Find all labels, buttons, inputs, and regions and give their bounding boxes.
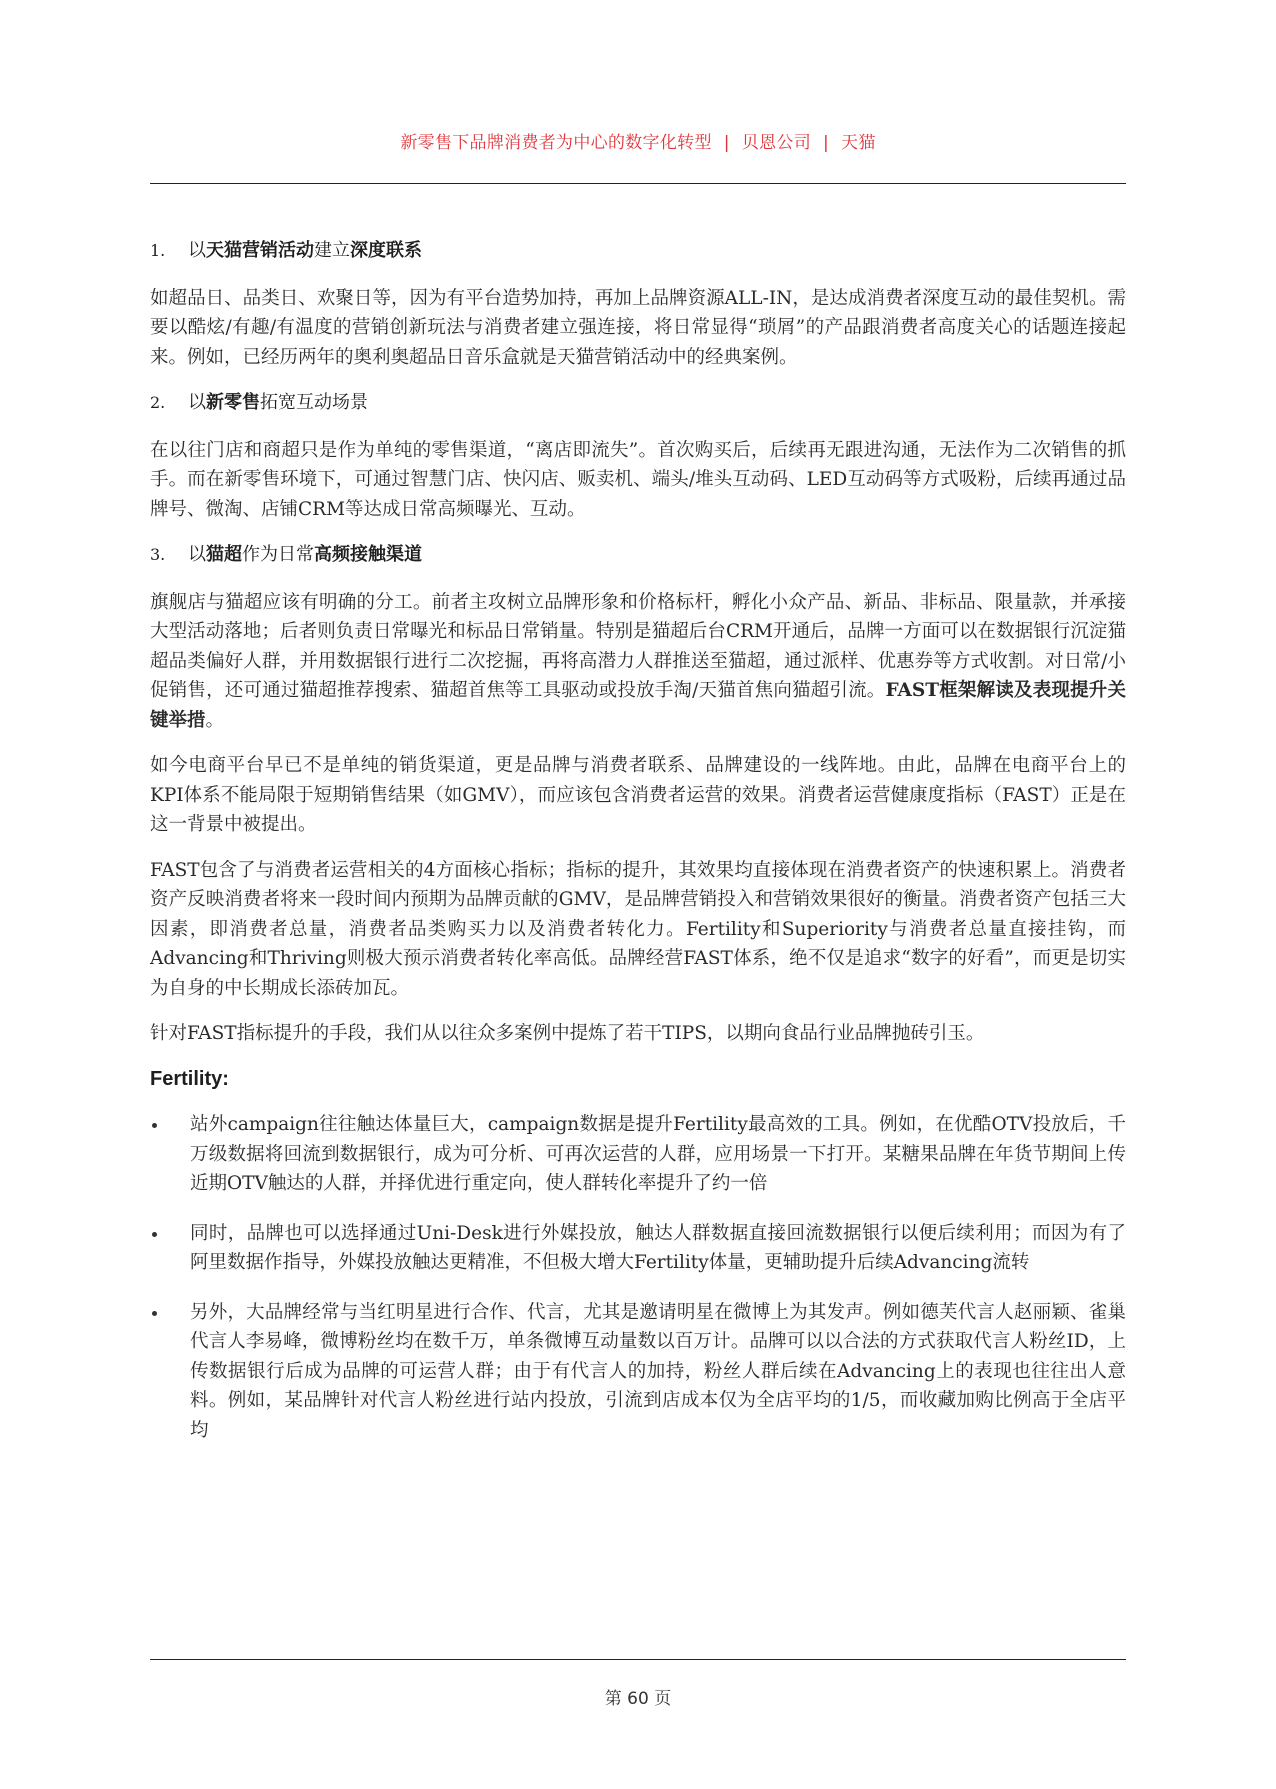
header-company: 贝恩公司 [742, 133, 811, 153]
heading-bold-text: 深度联系 [350, 240, 422, 261]
section-number: 1. [150, 236, 188, 266]
heading-text: 拓宽互动场景 [260, 392, 368, 413]
footer-divider [150, 1659, 1126, 1660]
heading-bold-text: 天猫营销活动 [206, 240, 314, 261]
intro-paragraph-ecommerce: 如今电商平台早已不是单纯的销货渠道，更是品牌与消费者联系、品牌建设的一线阵地。由… [150, 751, 1126, 840]
section-paragraph-3: 旗舰店与猫超应该有明确的分工。前者主攻树立品牌形象和价格标杆，孵化小众产品、新品… [150, 588, 1126, 736]
bullet-icon [152, 1232, 157, 1237]
header-separator: | [823, 133, 829, 153]
section-heading-3: 3.以猫超作为日常高频接触渠道 [150, 540, 1126, 570]
page-header: 新零售下品牌消费者为中心的数字化转型|贝恩公司|天猫 [150, 128, 1126, 153]
section-number: 2. [150, 388, 188, 418]
section-paragraph-2: 在以往门店和商超只是作为单纯的零售渠道，“离店即流失”。首次购买后，后续再无跟进… [150, 436, 1126, 525]
bullet-text: 同时，品牌也可以选择通过Uni-Desk进行外媒投放，触达人群数据直接回流数据银… [190, 1223, 1126, 1274]
header-separator: | [724, 133, 730, 153]
section-heading-1: 1.以天猫营销活动建立深度联系 [150, 236, 1126, 266]
fertility-bullet-list: 站外campaign往往触达体量巨大，campaign数据是提升Fertilit… [150, 1110, 1126, 1445]
heading-text: 以 [188, 392, 206, 413]
intro-paragraph-tips: 针对FAST指标提升的手段，我们从以往众多案例中提炼了若干TIPS，以期向食品行… [150, 1019, 1126, 1049]
section-number: 3. [150, 540, 188, 570]
bullet-icon [152, 1123, 157, 1128]
page-body: 1.以天猫营销活动建立深度联系 如超品日、品类日、欢聚日等，因为有平台造势加持，… [150, 236, 1126, 1465]
fertility-heading: Fertility: [150, 1065, 1126, 1095]
page-number: 第 60 页 [150, 1684, 1126, 1709]
heading-text: 以 [188, 544, 206, 565]
list-item: 站外campaign往往触达体量巨大，campaign数据是提升Fertilit… [150, 1110, 1126, 1199]
bullet-text: 站外campaign往往触达体量巨大，campaign数据是提升Fertilit… [190, 1114, 1126, 1194]
heading-text: 以 [188, 240, 206, 261]
header-partner: 天猫 [841, 133, 876, 153]
heading-bold-text: 新零售 [206, 392, 260, 413]
heading-bold-text: 高频接触渠道 [314, 544, 422, 565]
intro-paragraph-fast: FAST包含了与消费者运营相关的4方面核心指标；指标的提升，其效果均直接体现在消… [150, 856, 1126, 1004]
heading-bold-text: 猫超 [206, 544, 242, 565]
section-heading-2: 2.以新零售拓宽互动场景 [150, 388, 1126, 418]
header-title: 新零售下品牌消费者为中心的数字化转型 [400, 133, 711, 153]
list-item: 另外，大品牌经常与当红明星进行合作、代言，尤其是邀请明星在微博上为其发声。例如德… [150, 1298, 1126, 1446]
heading-text: 建立 [314, 240, 350, 261]
list-item: 同时，品牌也可以选择通过Uni-Desk进行外媒投放，触达人群数据直接回流数据银… [150, 1219, 1126, 1278]
paragraph-text: 。 [206, 710, 225, 731]
header-divider [150, 183, 1126, 184]
bullet-text: 另外，大品牌经常与当红明星进行合作、代言，尤其是邀请明星在微博上为其发声。例如德… [190, 1302, 1126, 1441]
heading-text: 作为日常 [242, 544, 314, 565]
bullet-icon [152, 1311, 157, 1316]
section-paragraph-1: 如超品日、品类日、欢聚日等，因为有平台造势加持，再加上品牌资源ALL-IN，是达… [150, 284, 1126, 373]
